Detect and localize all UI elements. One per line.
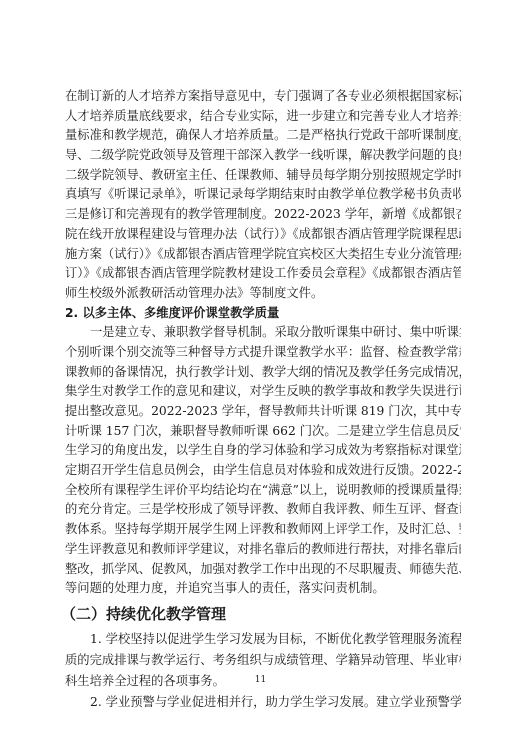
text-line: 全校所有课程学生评价平均结论均在“满意”以上，说明教师的授课质量得到了学生 <box>65 481 461 501</box>
text-line: 质的完成排课与教学运行、考务组织与成绩管理、学籍异动管理、毕业审核等涉及本 <box>65 650 461 671</box>
text-line: 生学习的角度出发，以学生自身的学习体验和学习成效为考察指标对课堂进行评价， <box>65 441 461 461</box>
text-line: 等问题的处理力度，并追究当事人的责任，落实问责机制。 <box>65 579 461 599</box>
text-line: 整改，抓学风、促教风，加强对教学工作中出现的不尽职履责、师德失范、违规违纪 <box>65 560 461 580</box>
paragraph-2: 一是建立专、兼职教学督导机制。采取分散听课集中研讨、集中听课集中研讨、 个别听课… <box>65 323 461 599</box>
text-line: 计听课 157 门次，兼职督导教师听课 662 门次。二是建立学生信息员反馈机制… <box>65 422 461 442</box>
text-line: 教体系。坚持每学期开展学生网上评教和教师网上评学工作，及时汇总、整理、反馈 <box>65 520 461 540</box>
text-line: 2. 学业预警与学业促进相并行，助力学生学习发展。建立学业预警学分清理制 <box>65 692 461 713</box>
text-line: 1. 学校坚持以促进学生学习发展为目标，不断优化教学管理服务流程。高效优 <box>65 629 461 650</box>
text-line: 课教师的备课情况，执行教学计划、教学大纲的情况及教学任务完成情况，并负责征 <box>65 363 461 383</box>
subheading-2: 2. 以多主体、多维度评价课堂教学质量 <box>65 304 461 324</box>
text-line: 师生校级外派教研活动管理办法》等制度文件。 <box>65 284 461 304</box>
text-line: 真填写《听课记录单》，听课记录每学期结束时由教学单位教学秘书负责收集、存档。 <box>65 185 461 205</box>
text-line: 订）》《成都银杏酒店管理学院教材建设工作委员会章程》《成都银杏酒店管理学院 <box>65 264 461 284</box>
text-line: 的充分肯定。三是学校形成了领导评教、教师自我评教、师生互评、督查评教多元评 <box>65 500 461 520</box>
text-line: 集学生对教学工作的意见和建议，对学生反映的教学事故和教学失误进行调查、核实， <box>65 382 461 402</box>
text-line: 个别听课个别交流等三种督导方式提升课堂教学水平：监督、检查教学常规，检查任 <box>65 343 461 363</box>
text-line: 提出整改意见。2022-2023 学年，督导教师共计听课 819 门次，其中专职… <box>65 402 461 422</box>
paragraph-1: 在制订新的人才培养方案指导意见中，专门强调了各专业必须根据国家标准明确专业 人才… <box>65 87 461 304</box>
document-page: 在制订新的人才培养方案指导意见中，专门强调了各专业必须根据国家标准明确专业 人才… <box>0 0 521 736</box>
page-number: 11 <box>0 675 521 685</box>
paragraph-4: 2. 学业预警与学业促进相并行，助力学生学习发展。建立学业预警学分清理制 <box>65 692 461 713</box>
text-line: 施方案（试行）》《成都银杏酒店管理学院宜宾校区大类招生专业分流管理办法（修 <box>65 245 461 265</box>
text-line: 量标准和教学规范，确保人才培养质量。二是严格执行党政干部听课制度。形成校领 <box>65 126 461 146</box>
text-line: 三是修订和完善现有的教学管理制度。2022-2023 学年，新增《成都银杏酒店管… <box>65 205 461 225</box>
section-heading: （二）持续优化教学管理 <box>61 599 461 629</box>
text-line: 二级学院领导、教研室主任、任课教师、辅导员每学期分别按照规定学时听课，并认 <box>65 166 461 186</box>
body-text: 在制订新的人才培养方案指导意见中，专门强调了各专业必须根据国家标准明确专业 人才… <box>65 87 461 713</box>
text-line: 一是建立专、兼职教学督导机制。采取分散听课集中研讨、集中听课集中研讨、 <box>65 323 461 343</box>
text-line: 学生评教意见和教师评学建议，对排名靠后的教师进行帮扶，对排名靠后的班级加强 <box>65 540 461 560</box>
text-line: 定期召开学生信息员例会，由学生信息员对体验和成效进行反馈。2022-2023 学… <box>65 461 461 481</box>
text-line: 导、二级学院党政领导及管理干部深入教学一线听课，解决教学问题的良好工作机制。 <box>65 146 461 166</box>
text-line: 在制订新的人才培养方案指导意见中，专门强调了各专业必须根据国家标准明确专业 <box>65 87 461 107</box>
text-line: 人才培养质量底线要求，结合专业实际，进一步建立和完善专业人才培养关键环节质 <box>65 107 461 127</box>
text-line: 院在线开放课程建设与管理办法（试行）》《成都银杏酒店管理学院课程思政建设实 <box>65 225 461 245</box>
